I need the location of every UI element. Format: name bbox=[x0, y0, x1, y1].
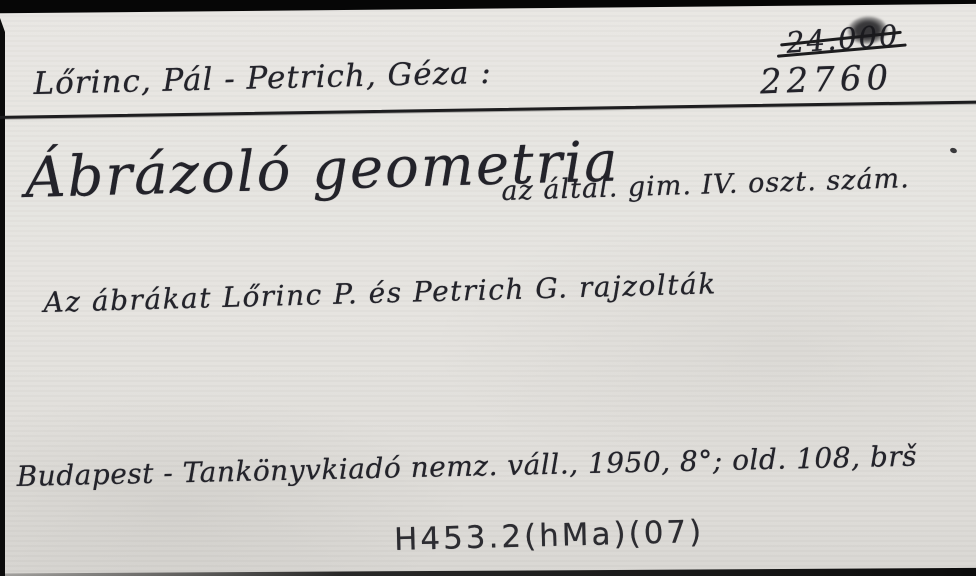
illustrator-note: Az ábrákat Lőrinc P. és Petrich G. rajzo… bbox=[43, 267, 717, 319]
call-number: H453.2(hMa)(07) bbox=[394, 514, 705, 558]
scan-edge-left bbox=[0, 18, 5, 576]
ruled-line bbox=[0, 100, 976, 119]
ink-speck bbox=[949, 147, 957, 154]
author-line: Lőrinc, Pál - Petrich, Géza : bbox=[33, 55, 492, 102]
crossed-out-number: 24.000 bbox=[785, 18, 901, 60]
imprint-line: Budapest - Tankönyvkiadó nemz. váll., 19… bbox=[16, 440, 917, 493]
accession-number: 22760 bbox=[759, 58, 893, 103]
library-catalog-card: Lőrinc, Pál - Petrich, Géza : 24.000 227… bbox=[0, 0, 976, 576]
scan-edge-bottom bbox=[0, 567, 976, 576]
scan-edge-top bbox=[0, 0, 976, 14]
